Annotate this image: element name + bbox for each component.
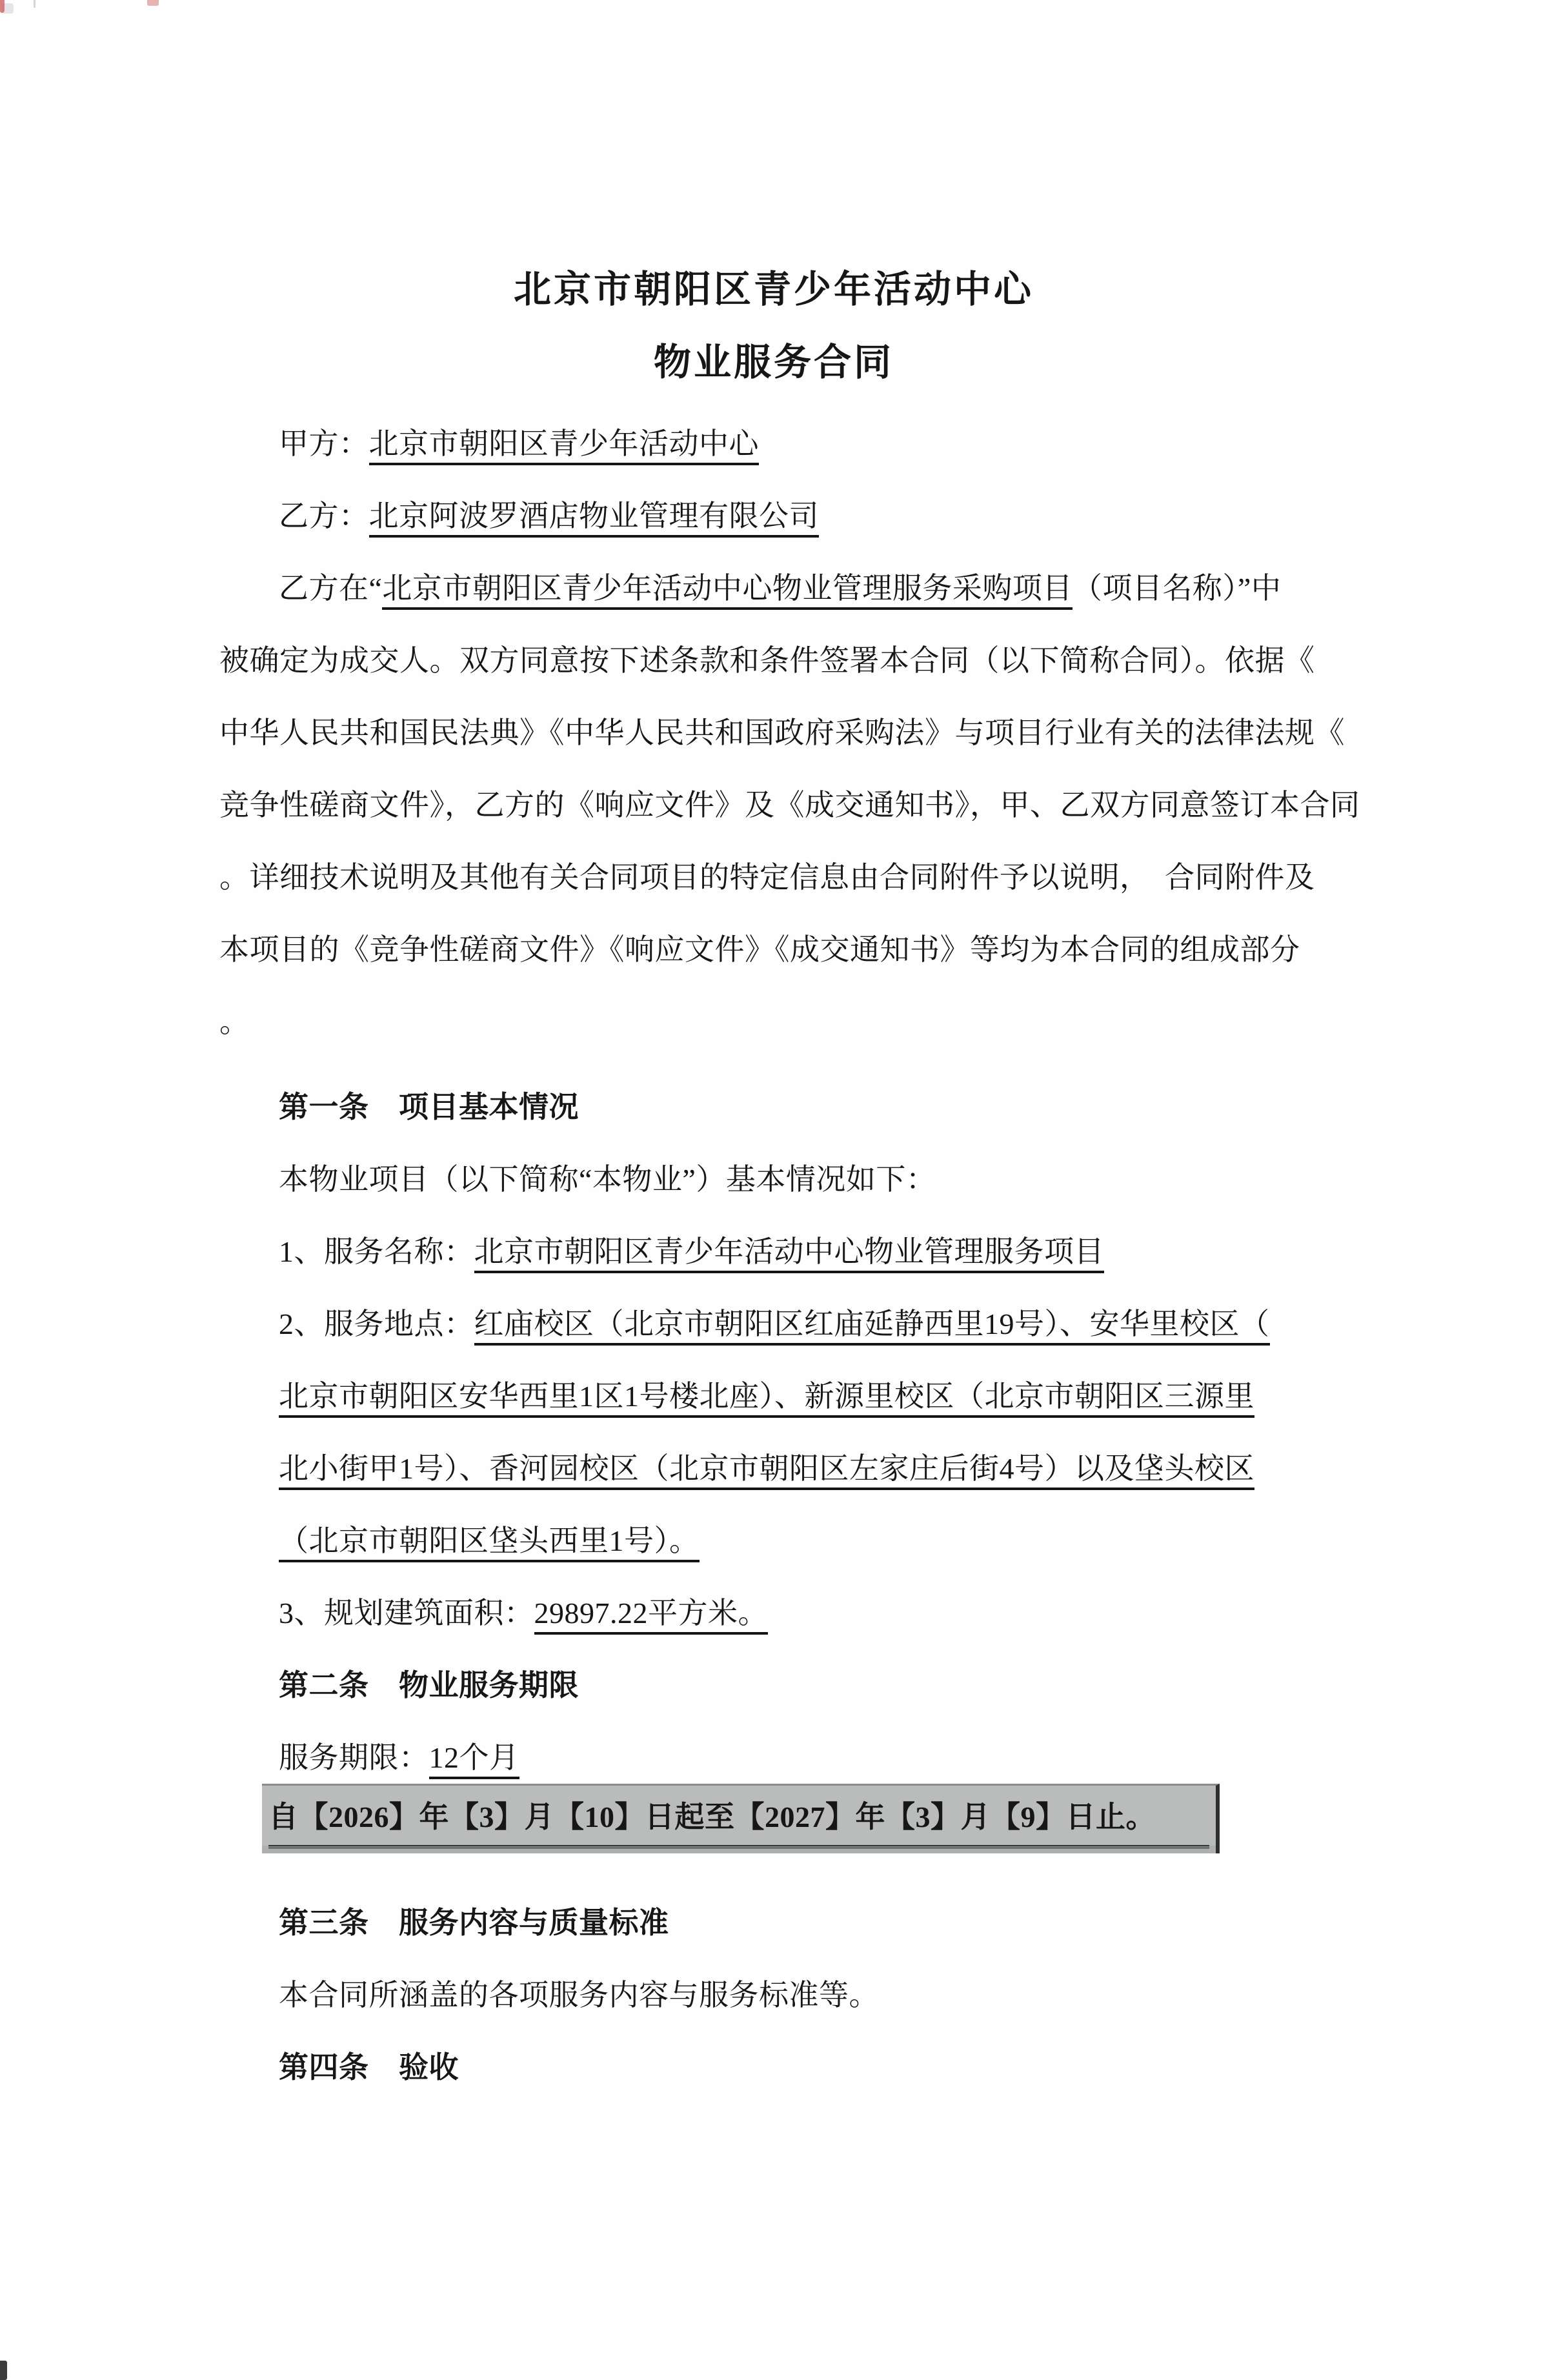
plain-text: 乙方在“ bbox=[279, 572, 382, 605]
scan-speck-mark bbox=[0, 2361, 7, 2380]
document-title: 北京市朝阳区青少年活动中心 bbox=[219, 253, 1328, 326]
underlined-text: 北京市朝阳区青少年活动中心物业管理服务采购项目 bbox=[382, 572, 1073, 610]
service-location-line-1: 2、服务地点：红庙校区（北京市朝阳区红庙延静西里19号）、安华里校区（ bbox=[219, 1288, 1328, 1360]
highlighted-date-text: 自【2026】年【3】月【10】日起至【2027】年【3】月【9】日止。 bbox=[268, 1790, 1209, 1849]
plain-text: 。 bbox=[219, 1005, 250, 1038]
underlined-text: 北京市朝阳区青少年活动中心物业管理服务项目 bbox=[474, 1235, 1105, 1273]
scanned-contract-page: 北京市朝阳区青少年活动中心 物业服务合同 甲方：北京市朝阳区青少年活动中心乙方：… bbox=[0, 0, 1541, 2380]
red-pen-dash-mark bbox=[147, 0, 159, 6]
intro-line-4: 竞争性磋商文件》，乙方的《响应文件》及《成交通知书》，甲、乙双方同意签订本合同 bbox=[219, 769, 1328, 842]
clause-1-heading: 第一条 项目基本情况 bbox=[219, 1071, 1328, 1144]
plain-text: 第四条 验收 bbox=[279, 2051, 459, 2084]
service-location-line-4: （北京市朝阳区垡头西里1号）。 bbox=[219, 1505, 1328, 1577]
plain-text: 1、服务名称： bbox=[279, 1235, 474, 1268]
underlined-text: 29897.22平方米。 bbox=[534, 1597, 769, 1635]
plain-text: 本项目的《竞争性磋商文件》《响应文件》《成交通知书》等均为本合同的组成部分 bbox=[219, 933, 1300, 966]
plain-text: 竞争性磋商文件》，乙方的《响应文件》及《成交通知书》，甲、乙双方同意签订本合同 bbox=[219, 789, 1360, 822]
party-a-line: 甲方：北京市朝阳区青少年活动中心 bbox=[219, 408, 1328, 480]
plain-text: 甲方： bbox=[279, 427, 369, 460]
clause-3-body: 本合同所涵盖的各项服务内容与服务标准等。 bbox=[219, 1959, 1328, 2032]
plain-text: （项目名称）”中 bbox=[1073, 572, 1281, 605]
plain-text: 本物业项目（以下简称“本物业”）基本情况如下： bbox=[279, 1163, 936, 1196]
red-pen-mark bbox=[0, 0, 5, 13]
service-name-line: 1、服务名称：北京市朝阳区青少年活动中心物业管理服务项目 bbox=[219, 1216, 1328, 1288]
plain-text: 本合同所涵盖的各项服务内容与服务标准等。 bbox=[279, 1979, 879, 2012]
plain-text: 被确定为成交人。双方同意按下述条款和条件签署本合同（以下简称合同）。依据《 bbox=[219, 644, 1315, 677]
building-area-line: 3、规划建筑面积：29897.22平方米。 bbox=[219, 1577, 1328, 1649]
intro-line-5: 。详细技术说明及其他有关合同项目的特定信息由合同附件予以说明， 合同附件及 bbox=[219, 842, 1328, 914]
underlined-text: （北京市朝阳区垡头西里1号）。 bbox=[279, 1524, 700, 1562]
underlined-text: 12个月 bbox=[429, 1741, 519, 1779]
service-location-line-2: 北京市朝阳区安华西里1区1号楼北座）、新源里校区（北京市朝阳区三源里 bbox=[219, 1360, 1328, 1433]
plain-text: 乙方： bbox=[279, 499, 369, 532]
underlined-text: 红庙校区（北京市朝阳区红庙延静西里19号）、安华里校区（ bbox=[474, 1307, 1270, 1346]
clause-4-heading: 第四条 验收 bbox=[219, 2032, 1328, 2104]
clause-1-intro: 本物业项目（以下简称“本物业”）基本情况如下： bbox=[219, 1144, 1328, 1216]
underlined-text: 北京市朝阳区安华西里1区1号楼北座）、新源里校区（北京市朝阳区三源里 bbox=[279, 1380, 1254, 1418]
underlined-text: 北京阿波罗酒店物业管理有限公司 bbox=[369, 499, 820, 538]
clause-3-heading: 第三条 服务内容与质量标准 bbox=[219, 1887, 1328, 1959]
document-subtitle: 物业服务合同 bbox=[219, 326, 1328, 399]
plain-text: 。详细技术说明及其他有关合同项目的特定信息由合同附件予以说明， 合同附件及 bbox=[219, 861, 1315, 894]
plain-text: 第三条 服务内容与质量标准 bbox=[279, 1906, 669, 1939]
intro-line-7: 。 bbox=[219, 986, 1328, 1058]
service-location-line-3: 北小街甲1号）、香河园校区（北京市朝阳区左家庄后街4号）以及垡头校区 bbox=[219, 1433, 1328, 1505]
intro-line-6: 本项目的《竞争性磋商文件》《响应文件》《成交通知书》等均为本合同的组成部分 bbox=[219, 914, 1328, 986]
plain-text: 中华人民共和国民法典》《中华人民共和国政府采购法》与项目行业有关的法律法规《 bbox=[219, 716, 1345, 749]
plain-text: 第二条 物业服务期限 bbox=[279, 1669, 579, 1702]
underlined-text: 北京市朝阳区青少年活动中心 bbox=[369, 427, 760, 465]
plain-text: 3、规划建筑面积： bbox=[279, 1597, 534, 1629]
party-b-line: 乙方：北京阿波罗酒店物业管理有限公司 bbox=[219, 480, 1328, 552]
doc-lines: 甲方：北京市朝阳区青少年活动中心乙方：北京阿波罗酒店物业管理有限公司乙方在“北京… bbox=[219, 408, 1328, 2104]
service-dates-highlight: 自【2026】年【3】月【10】日起至【2027】年【3】月【9】日止。 bbox=[262, 1784, 1220, 1853]
intro-line-1: 乙方在“北京市朝阳区青少年活动中心物业管理服务采购项目（项目名称）”中 bbox=[219, 552, 1328, 625]
scan-tick-mark bbox=[34, 0, 35, 8]
underlined-text: 北小街甲1号）、香河园校区（北京市朝阳区左家庄后街4号）以及垡头校区 bbox=[279, 1452, 1254, 1490]
intro-line-3: 中华人民共和国民法典》《中华人民共和国政府采购法》与项目行业有关的法律法规《 bbox=[219, 697, 1328, 769]
intro-line-2: 被确定为成交人。双方同意按下述条款和条件签署本合同（以下简称合同）。依据《 bbox=[219, 625, 1328, 697]
contract-document: 北京市朝阳区青少年活动中心 物业服务合同 甲方：北京市朝阳区青少年活动中心乙方：… bbox=[219, 253, 1328, 2104]
plain-text: 服务期限： bbox=[279, 1741, 429, 1774]
plain-text: 2、服务地点： bbox=[279, 1307, 474, 1340]
plain-text: 第一条 项目基本情况 bbox=[279, 1091, 579, 1124]
clause-2-heading: 第二条 物业服务期限 bbox=[219, 1649, 1328, 1722]
